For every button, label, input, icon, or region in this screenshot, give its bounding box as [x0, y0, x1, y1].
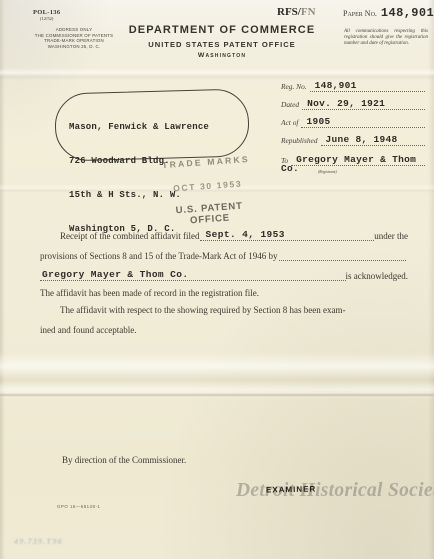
closing-line: By direction of the Commissioner. — [62, 455, 186, 465]
paper-fold-band — [0, 352, 434, 400]
body-line-2: provisions of Sections 8 and 15 of the T… — [40, 249, 408, 261]
scanned-letter: POL-136 (12/52) ADDRESS ONLY THE COMMISS… — [0, 0, 434, 559]
return-address-line: WASHINGTON 25, D. C. — [26, 44, 122, 50]
body-line-6: ined and found acceptable. — [40, 325, 136, 335]
field-dated: Dated Nov. 29, 1921 — [281, 96, 425, 110]
body-line-4: The affidavit has been made of record in… — [40, 288, 259, 298]
accession-number-stamp: 49.739.T96 — [14, 537, 63, 546]
clerk-initials-light: FN — [301, 6, 316, 18]
body-line-1-tail: under the — [374, 231, 408, 241]
paper-fold-line — [0, 394, 434, 396]
field-act-label: Act of — [281, 118, 301, 128]
field-reg-no: Reg. No. 148,901 — [281, 78, 425, 92]
received-stamp: TRADE MARKS OCT 30 1953 U.S. PATENT OFFI… — [156, 154, 260, 229]
field-act-value: 1905 — [301, 116, 425, 128]
return-address-block: ADDRESS ONLY THE COMMISSIONER OF PATENTS… — [26, 27, 122, 49]
communications-note: All communications respecting this regis… — [344, 29, 428, 48]
form-code-block: POL-136 (12/52) — [33, 10, 60, 22]
paper-number: Paper No. 148,901 — [343, 6, 434, 20]
field-dated-value: Nov. 29, 1921 — [302, 98, 425, 110]
body-line-2-text: provisions of Sections 8 and 15 of the T… — [40, 251, 277, 261]
body-line-5: The affidavit with respect to the showin… — [40, 305, 346, 315]
field-to-value: Gregory Mayer & Thom — [291, 154, 425, 166]
field-to: To Gregory Mayer & Thom — [281, 152, 425, 166]
paper-number-label: Paper No. — [343, 9, 377, 18]
clerk-initials-main: RFS/ — [277, 6, 301, 18]
clerk-initials-stamp: RFS/FN — [277, 6, 316, 18]
letterhead: DEPARTMENT OF COMMERCE UNITED STATES PAT… — [122, 24, 322, 59]
body-line-3: Gregory Mayer & Thom Co. is acknowledged… — [40, 269, 408, 281]
field-act: Act of 1905 — [281, 114, 425, 128]
body-line-1-text: Receipt of the combined affidavit filed — [40, 231, 200, 241]
examiner-stamp: EXAMINER — [266, 485, 316, 495]
registrant-name-value: Gregory Mayer & Thom Co. — [40, 269, 346, 281]
form-code-revision: (12/52) — [33, 16, 60, 22]
field-republished-value: June 8, 1948 — [321, 134, 425, 146]
body-line-3-tail: is acknowledged. — [346, 271, 408, 281]
filed-date-value: Sept. 4, 1953 — [200, 229, 375, 241]
field-reg-no-value: 148,901 — [310, 80, 425, 92]
field-reg-no-label: Reg. No. — [281, 82, 310, 92]
addressee-line: Mason, Fenwick & Lawrence — [69, 122, 209, 133]
received-stamp-office: U.S. PATENT OFFICE — [159, 199, 260, 228]
field-republished: Republished June 8, 1948 — [281, 132, 425, 146]
dotted-leader — [279, 260, 406, 261]
received-stamp-date: OCT 30 1953 — [157, 178, 257, 195]
field-republished-label: Republished — [281, 136, 321, 146]
registrant-caption: (Registrant) — [318, 170, 337, 174]
office-title: UNITED STATES PATENT OFFICE — [122, 40, 322, 49]
gpo-print-code: GPO 16—68128-1 — [57, 504, 100, 509]
field-to-value-continued: Co. — [281, 163, 299, 174]
department-title: DEPARTMENT OF COMMERCE — [122, 24, 322, 36]
paper-number-value: 148,901 — [381, 6, 434, 20]
office-city: Washington — [122, 52, 322, 59]
field-dated-label: Dated — [281, 100, 302, 110]
body-line-1: Receipt of the combined affidavit filed … — [40, 229, 408, 241]
